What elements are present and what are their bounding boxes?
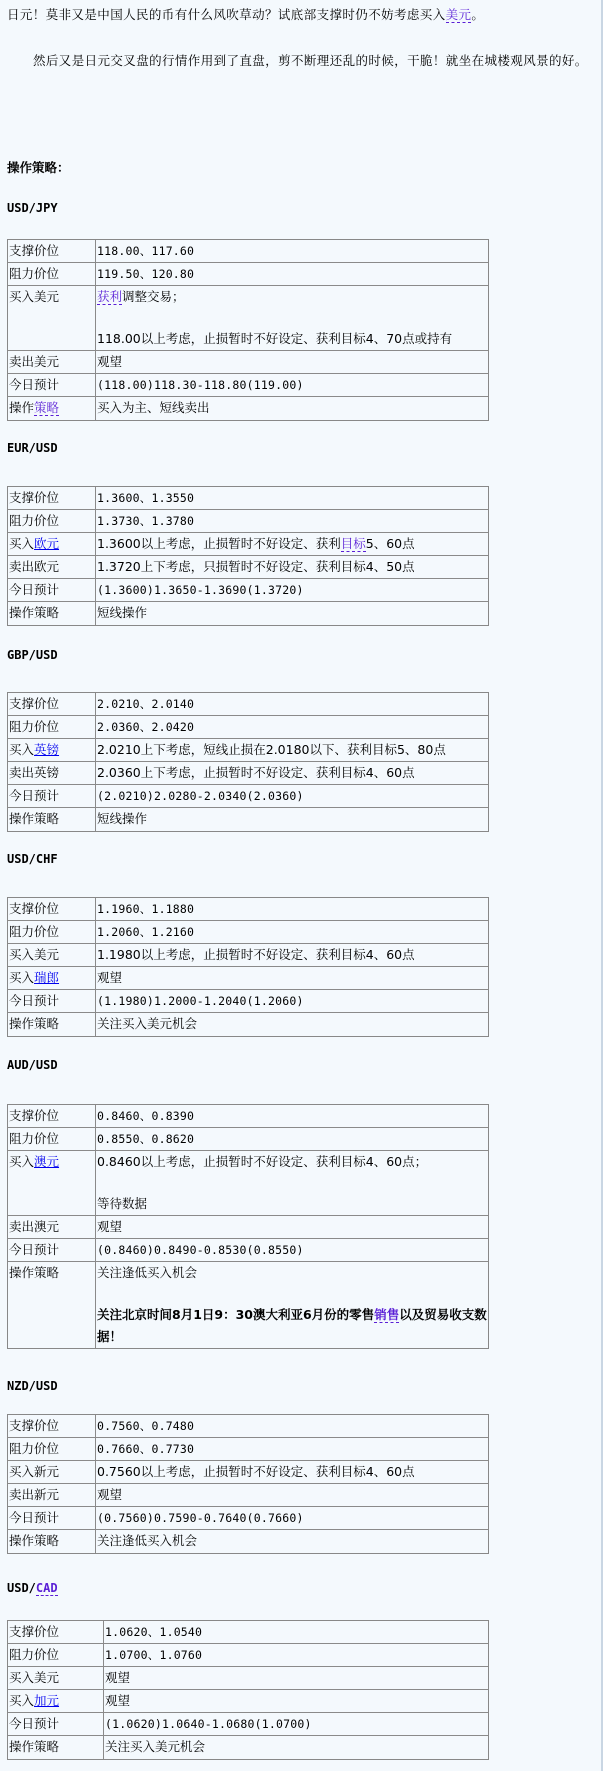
row-label: 支撑价位: [8, 693, 96, 716]
row-value: (1.3600)1.3650-1.3690(1.3720): [96, 579, 488, 602]
table-nzdusd: 支撑价位 0.7560、0.7480 阻力价位 0.7660、0.7730 买入…: [7, 1414, 489, 1554]
row-value: 0.7560、0.7480: [96, 1415, 488, 1438]
table-row: 阻力价位 2.0360、2.0420: [8, 716, 488, 739]
table-usdjpy: 支撑价位 118.00、117.60 阻力价位 119.50、120.80 买入…: [7, 239, 489, 421]
row-value: 0.7560以上考虑，止损暂时不好设定、获利目标4、60点: [96, 1461, 488, 1484]
row-label: 今日预计: [8, 990, 96, 1013]
row-value: 1.3730、1.3780: [96, 510, 488, 533]
table-row: 操作策略 关注买入美元机会: [8, 1736, 488, 1759]
row-value: 0.7660、0.7730: [96, 1438, 488, 1461]
row-label: 支撑价位: [8, 1105, 96, 1128]
row-value: 1.3600、1.3550: [96, 487, 488, 510]
value-text: 调整交易；: [122, 289, 185, 304]
table-row: 买入美元 获利调整交易； 118.00以上考虑，止损暂时不好设定、获利目标4、7…: [8, 286, 488, 351]
row-value: (118.00)118.30-118.80(119.00): [96, 374, 488, 397]
label-text: 买入: [9, 970, 34, 985]
table-row: 今日预计 (0.7560)0.7590-0.7640(0.7660): [8, 1507, 488, 1530]
row-value: 观望: [96, 1216, 488, 1239]
row-value: 短线操作: [96, 602, 488, 625]
row-label: 操作策略: [8, 1736, 104, 1759]
row-value: (0.8460)0.8490-0.8530(0.8550): [96, 1239, 488, 1262]
pair-title-nzdusd: NZD/USD: [7, 1379, 58, 1393]
row-value: 关注逢低买入机会: [96, 1530, 488, 1553]
link-cad[interactable]: CAD: [36, 1581, 58, 1596]
row-label: 支撑价位: [8, 1621, 104, 1644]
table-row: 今日预计 (2.0210)2.0280-2.0340(2.0360): [8, 785, 488, 808]
table-row: 今日预计 (118.00)118.30-118.80(119.00): [8, 374, 488, 397]
table-row: 阻力价位 0.8550、0.8620: [8, 1128, 488, 1151]
row-value: 关注逢低买入机会 关注北京时间8月1日9：30澳大利亚6月份的零售销售以及贸易收…: [96, 1262, 488, 1348]
link-usd[interactable]: 美元: [446, 7, 472, 23]
table-row: 操作策略 短线操作: [8, 602, 488, 625]
row-label: 今日预计: [8, 1239, 96, 1262]
table-row: 卖出澳元 观望: [8, 1216, 488, 1239]
link-aud[interactable]: 澳元: [34, 1154, 59, 1169]
table-row: 卖出英镑 2.0360上下考虑，止损暂时不好设定、获利目标4、60点: [8, 762, 488, 785]
value-text: 关注逢低买入机会: [97, 1262, 488, 1284]
row-value: 2.0360、2.0420: [96, 716, 488, 739]
row-label: 买入美元: [8, 944, 96, 967]
table-row: 操作策略 短线操作: [8, 808, 488, 831]
row-label: 今日预计: [8, 1507, 96, 1530]
row-label: 操作策略: [8, 397, 96, 420]
value-line-2: 等待数据: [97, 1193, 488, 1215]
row-label: 卖出欧元: [8, 556, 96, 579]
row-value: 2.0210、2.0140: [96, 693, 488, 716]
row-label: 卖出新元: [8, 1484, 96, 1507]
row-value: 0.8460以上考虑，止损暂时不好设定、获利目标4、60点； 等待数据: [96, 1151, 488, 1216]
row-label: 卖出美元: [8, 351, 96, 374]
table-row: 今日预计 (1.1980)1.2000-1.2040(1.2060): [8, 990, 488, 1013]
pair-title-usdjpy: USD/JPY: [7, 201, 58, 215]
row-label: 买入美元: [8, 1667, 104, 1690]
row-value: 观望: [96, 967, 488, 990]
row-value: 0.8460、0.8390: [96, 1105, 488, 1128]
table-usdcad: 支撑价位 1.0620、1.0540 阻力价位 1.0700、1.0760 买入…: [7, 1620, 489, 1760]
row-label: 买入瑞郎: [8, 967, 96, 990]
row-value: 短线操作: [96, 808, 488, 831]
row-label: 今日预计: [8, 374, 96, 397]
table-row: 买入美元 1.1980以上考虑，止损暂时不好设定、获利目标4、60点: [8, 944, 488, 967]
row-value: (2.0210)2.0280-2.0340(2.0360): [96, 785, 488, 808]
table-row: 阻力价位 119.50、120.80: [8, 263, 488, 286]
row-label: 阻力价位: [8, 921, 96, 944]
row-label: 今日预计: [8, 1713, 104, 1736]
intro-text: 日元！莫非又是中国人民的币有什么风吹草动？试底部支撑时仍不妨考虑买入: [7, 7, 446, 22]
row-value: (1.0620)1.0640-1.0680(1.0700): [104, 1713, 488, 1736]
pair-title-eurusd: EUR/USD: [7, 441, 58, 455]
table-row: 买入瑞郎 观望: [8, 967, 488, 990]
row-label: 操作策略: [8, 808, 96, 831]
row-value: 1.0700、1.0760: [104, 1644, 488, 1667]
table-audusd: 支撑价位 0.8460、0.8390 阻力价位 0.8550、0.8620 买入…: [7, 1104, 489, 1349]
table-gbpusd: 支撑价位 2.0210、2.0140 阻力价位 2.0360、2.0420 买入…: [7, 692, 489, 832]
row-value: (1.1980)1.2000-1.2040(1.2060): [96, 990, 488, 1013]
table-row: 买入英镑 2.0210上下考虑，短线止损在2.0180以下、获利目标5、80点: [8, 739, 488, 762]
row-value: 买入为主、短线卖出: [96, 397, 488, 420]
note-text: 关注北京时间8月1日9：30澳大利亚6月份的零售: [97, 1307, 374, 1322]
row-label: 买入加元: [8, 1690, 104, 1713]
row-label: 买入欧元: [8, 533, 96, 556]
row-label: 买入澳元: [8, 1151, 96, 1216]
row-label: 买入新元: [8, 1461, 96, 1484]
row-label: 阻力价位: [8, 1644, 104, 1667]
row-label: 卖出澳元: [8, 1216, 96, 1239]
link-target[interactable]: 目标: [341, 536, 366, 552]
link-franc[interactable]: 瑞郎: [34, 970, 59, 985]
link-sales[interactable]: 销售: [374, 1307, 399, 1323]
table-row: 支撑价位 118.00、117.60: [8, 240, 488, 263]
table-row: 买入加元 观望: [8, 1690, 488, 1713]
table-row: 支撑价位 1.3600、1.3550: [8, 487, 488, 510]
row-label: 支撑价位: [8, 240, 96, 263]
table-row: 卖出欧元 1.3720上下考虑，只损暂时不好设定、获利目标4、50点: [8, 556, 488, 579]
table-row: 支撑价位 0.7560、0.7480: [8, 1415, 488, 1438]
row-label: 操作策略: [8, 602, 96, 625]
row-label: 阻力价位: [8, 1128, 96, 1151]
table-row: 操作策略 关注买入美元机会: [8, 1013, 488, 1036]
table-row: 支撑价位 0.8460、0.8390: [8, 1105, 488, 1128]
row-value: (0.7560)0.7590-0.7640(0.7660): [96, 1507, 488, 1530]
pair-title-usdchf: USD/CHF: [7, 852, 58, 866]
row-value: 关注买入美元机会: [96, 1013, 488, 1036]
row-label: 支撑价位: [8, 1415, 96, 1438]
table-row: 买入澳元 0.8460以上考虑，止损暂时不好设定、获利目标4、60点； 等待数据: [8, 1151, 488, 1216]
row-label: 操作策略: [8, 1262, 96, 1348]
value-line-2: 118.00以上考虑，止损暂时不好设定、获利目标4、70点或持有: [97, 328, 488, 350]
row-value: 观望: [96, 351, 488, 374]
data-release-note: 关注北京时间8月1日9：30澳大利亚6月份的零售销售以及贸易收支数据！: [97, 1304, 488, 1348]
table-row: 操作策略 关注逢低买入机会: [8, 1530, 488, 1553]
table-row: 买入美元 观望: [8, 1667, 488, 1690]
row-label: 阻力价位: [8, 716, 96, 739]
table-row: 今日预计 (1.3600)1.3650-1.3690(1.3720): [8, 579, 488, 602]
intro-paragraph-2: 然后又是日元交叉盘的行情作用到了直盘，剪不断理还乱的时候，干脆！就坐在城楼观风景…: [7, 50, 599, 72]
row-label: 阻力价位: [8, 510, 96, 533]
label-text: 操作: [9, 400, 34, 415]
table-usdchf: 支撑价位 1.1960、1.1880 阻力价位 1.2060、1.2160 买入…: [7, 897, 489, 1037]
row-value: 1.3720上下考虑，只损暂时不好设定、获利目标4、50点: [96, 556, 488, 579]
table-row: 操作策略 关注逢低买入机会 关注北京时间8月1日9：30澳大利亚6月份的零售销售…: [8, 1262, 488, 1348]
table-row: 买入欧元 1.3600以上考虑，止损暂时不好设定、获利目标5、60点: [8, 533, 488, 556]
table-row: 卖出美元 观望: [8, 351, 488, 374]
row-value: 1.2060、1.2160: [96, 921, 488, 944]
row-label: 操作策略: [8, 1013, 96, 1036]
table-row: 卖出新元 观望: [8, 1484, 488, 1507]
link-cad-currency[interactable]: 加元: [34, 1693, 59, 1708]
table-row: 阻力价位 1.0700、1.0760: [8, 1644, 488, 1667]
title-text: USD/: [7, 1581, 36, 1595]
value-text: 0.8460以上考虑，止损暂时不好设定、获利目标4、60点；: [97, 1151, 488, 1173]
row-label: 今日预计: [8, 579, 96, 602]
label-text: 买入: [9, 742, 34, 757]
intro-punct: 。: [471, 7, 484, 22]
row-label: 卖出英镑: [8, 762, 96, 785]
table-row: 阻力价位 1.2060、1.2160: [8, 921, 488, 944]
table-row: 支撑价位 2.0210、2.0140: [8, 693, 488, 716]
table-row: 阻力价位 0.7660、0.7730: [8, 1438, 488, 1461]
row-value: 观望: [104, 1667, 488, 1690]
row-value: 获利调整交易； 118.00以上考虑，止损暂时不好设定、获利目标4、70点或持有: [96, 286, 488, 351]
row-label: 买入美元: [8, 286, 96, 351]
table-row: 支撑价位 1.0620、1.0540: [8, 1621, 488, 1644]
table-row: 今日预计 (0.8460)0.8490-0.8530(0.8550): [8, 1239, 488, 1262]
row-value: 观望: [96, 1484, 488, 1507]
link-profit[interactable]: 获利: [97, 289, 122, 305]
link-euro[interactable]: 欧元: [34, 536, 59, 551]
label-text: 买入: [9, 1154, 34, 1169]
pair-title-usdcad: USD/CAD: [7, 1581, 58, 1595]
table-eurusd: 支撑价位 1.3600、1.3550 阻力价位 1.3730、1.3780 买入…: [7, 486, 489, 626]
row-value: 119.50、120.80: [96, 263, 488, 286]
row-value: 关注买入美元机会: [104, 1736, 488, 1759]
table-row: 买入新元 0.7560以上考虑，止损暂时不好设定、获利目标4、60点: [8, 1461, 488, 1484]
row-label: 今日预计: [8, 785, 96, 808]
table-row: 操作策略 买入为主、短线卖出: [8, 397, 488, 420]
value-text: 1.3600以上考虑，止损暂时不好设定、获利: [97, 536, 341, 551]
row-value: 观望: [104, 1690, 488, 1713]
row-value: 1.3600以上考虑，止损暂时不好设定、获利目标5、60点: [96, 533, 488, 556]
link-strategy[interactable]: 策略: [34, 400, 59, 416]
strategy-heading: 操作策略：: [7, 158, 70, 176]
row-value: 1.1980以上考虑，止损暂时不好设定、获利目标4、60点: [96, 944, 488, 967]
row-label: 阻力价位: [8, 1438, 96, 1461]
row-value: 2.0210上下考虑，短线止损在2.0180以下、获利目标5、80点: [96, 739, 488, 762]
row-value: 1.1960、1.1880: [96, 898, 488, 921]
table-row: 今日预计 (1.0620)1.0640-1.0680(1.0700): [8, 1713, 488, 1736]
label-text: 买入: [9, 1693, 34, 1708]
row-label: 阻力价位: [8, 263, 96, 286]
pair-title-gbpusd: GBP/USD: [7, 648, 58, 662]
row-label: 操作策略: [8, 1530, 96, 1553]
row-value: 2.0360上下考虑，止损暂时不好设定、获利目标4、60点: [96, 762, 488, 785]
table-row: 阻力价位 1.3730、1.3780: [8, 510, 488, 533]
row-label: 支撑价位: [8, 898, 96, 921]
article-page: 日元！莫非又是中国人民的币有什么风吹草动？试底部支撑时仍不妨考虑买入美元。 然后…: [0, 0, 603, 1771]
row-value: 0.8550、0.8620: [96, 1128, 488, 1151]
link-pound[interactable]: 英镑: [34, 742, 59, 757]
row-label: 买入英镑: [8, 739, 96, 762]
intro-paragraph-1: 日元！莫非又是中国人民的币有什么风吹草动？试底部支撑时仍不妨考虑买入美元。: [7, 4, 599, 26]
row-value: 118.00、117.60: [96, 240, 488, 263]
label-text: 买入: [9, 536, 34, 551]
pair-title-audusd: AUD/USD: [7, 1058, 58, 1072]
value-text: 5、60点: [366, 536, 415, 551]
row-value: 1.0620、1.0540: [104, 1621, 488, 1644]
table-row: 支撑价位 1.1960、1.1880: [8, 898, 488, 921]
row-label: 支撑价位: [8, 487, 96, 510]
